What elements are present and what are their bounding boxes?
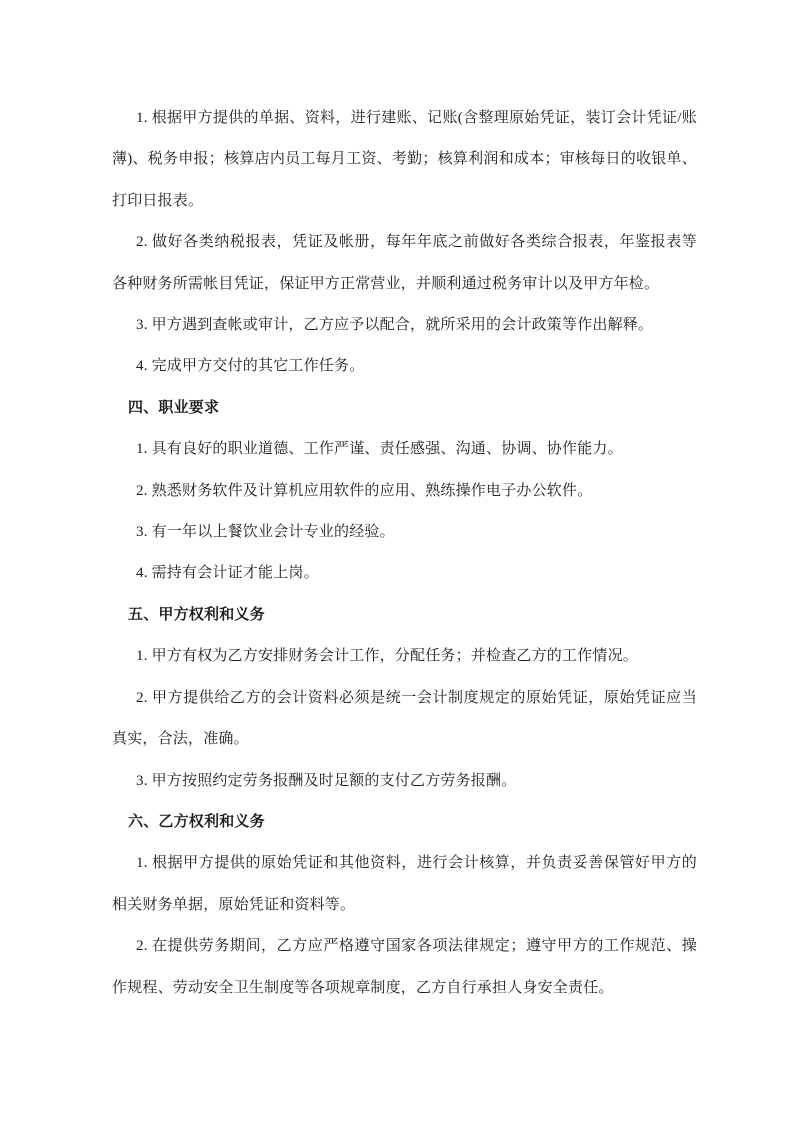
paragraph: 3. 有一年以上餐饮业会计专业的经验。 <box>112 512 697 553</box>
paragraph: 2. 甲方提供给乙方的会计资料必须是统一会计制度规定的原始凭证，原始凭证应当真实… <box>112 678 697 761</box>
paragraph: 2. 做好各类纳税报表，凭证及帐册，每年年底之前做好各类综合报表，年鉴报表等各种… <box>112 222 697 305</box>
document-page: 1. 根据甲方提供的单据、资料，进行建账、记账(含整理原始凭证，装订会计凭证/账… <box>0 0 793 1122</box>
paragraph: 2. 熟悉财务软件及计算机应用软件的应用、熟练操作电子办公软件。 <box>112 471 697 512</box>
section-heading: 四、职业要求 <box>112 388 697 429</box>
section-heading: 五、甲方权利和义务 <box>112 595 697 636</box>
paragraph: 1. 根据甲方提供的单据、资料，进行建账、记账(含整理原始凭证，装订会计凭证/账… <box>112 98 697 222</box>
paragraph: 2. 在提供劳务期间，乙方应严格遵守国家各项法律规定；遵守甲方的工作规范、操作规… <box>112 926 697 1009</box>
paragraph: 4. 完成甲方交付的其它工作任务。 <box>112 346 697 387</box>
paragraph: 1. 具有良好的职业道德、工作严谨、责任感强、沟通、协调、协作能力。 <box>112 429 697 470</box>
paragraph: 1. 根据甲方提供的原始凭证和其他资料，进行会计核算，并负责妥善保管好甲方的相关… <box>112 843 697 926</box>
section-heading: 六、乙方权利和义务 <box>112 802 697 843</box>
paragraph: 3. 甲方按照约定劳务报酬及时足额的支付乙方劳务报酬。 <box>112 761 697 802</box>
paragraph: 4. 需持有会计证才能上岗。 <box>112 553 697 594</box>
document-body: 1. 根据甲方提供的单据、资料，进行建账、记账(含整理原始凭证，装订会计凭证/账… <box>112 98 697 1009</box>
paragraph: 3. 甲方遇到查帐或审计，乙方应予以配合，就所采用的会计政策等作出解释。 <box>112 305 697 346</box>
paragraph: 1. 甲方有权为乙方安排财务会计工作，分配任务；并检查乙方的工作情况。 <box>112 636 697 677</box>
